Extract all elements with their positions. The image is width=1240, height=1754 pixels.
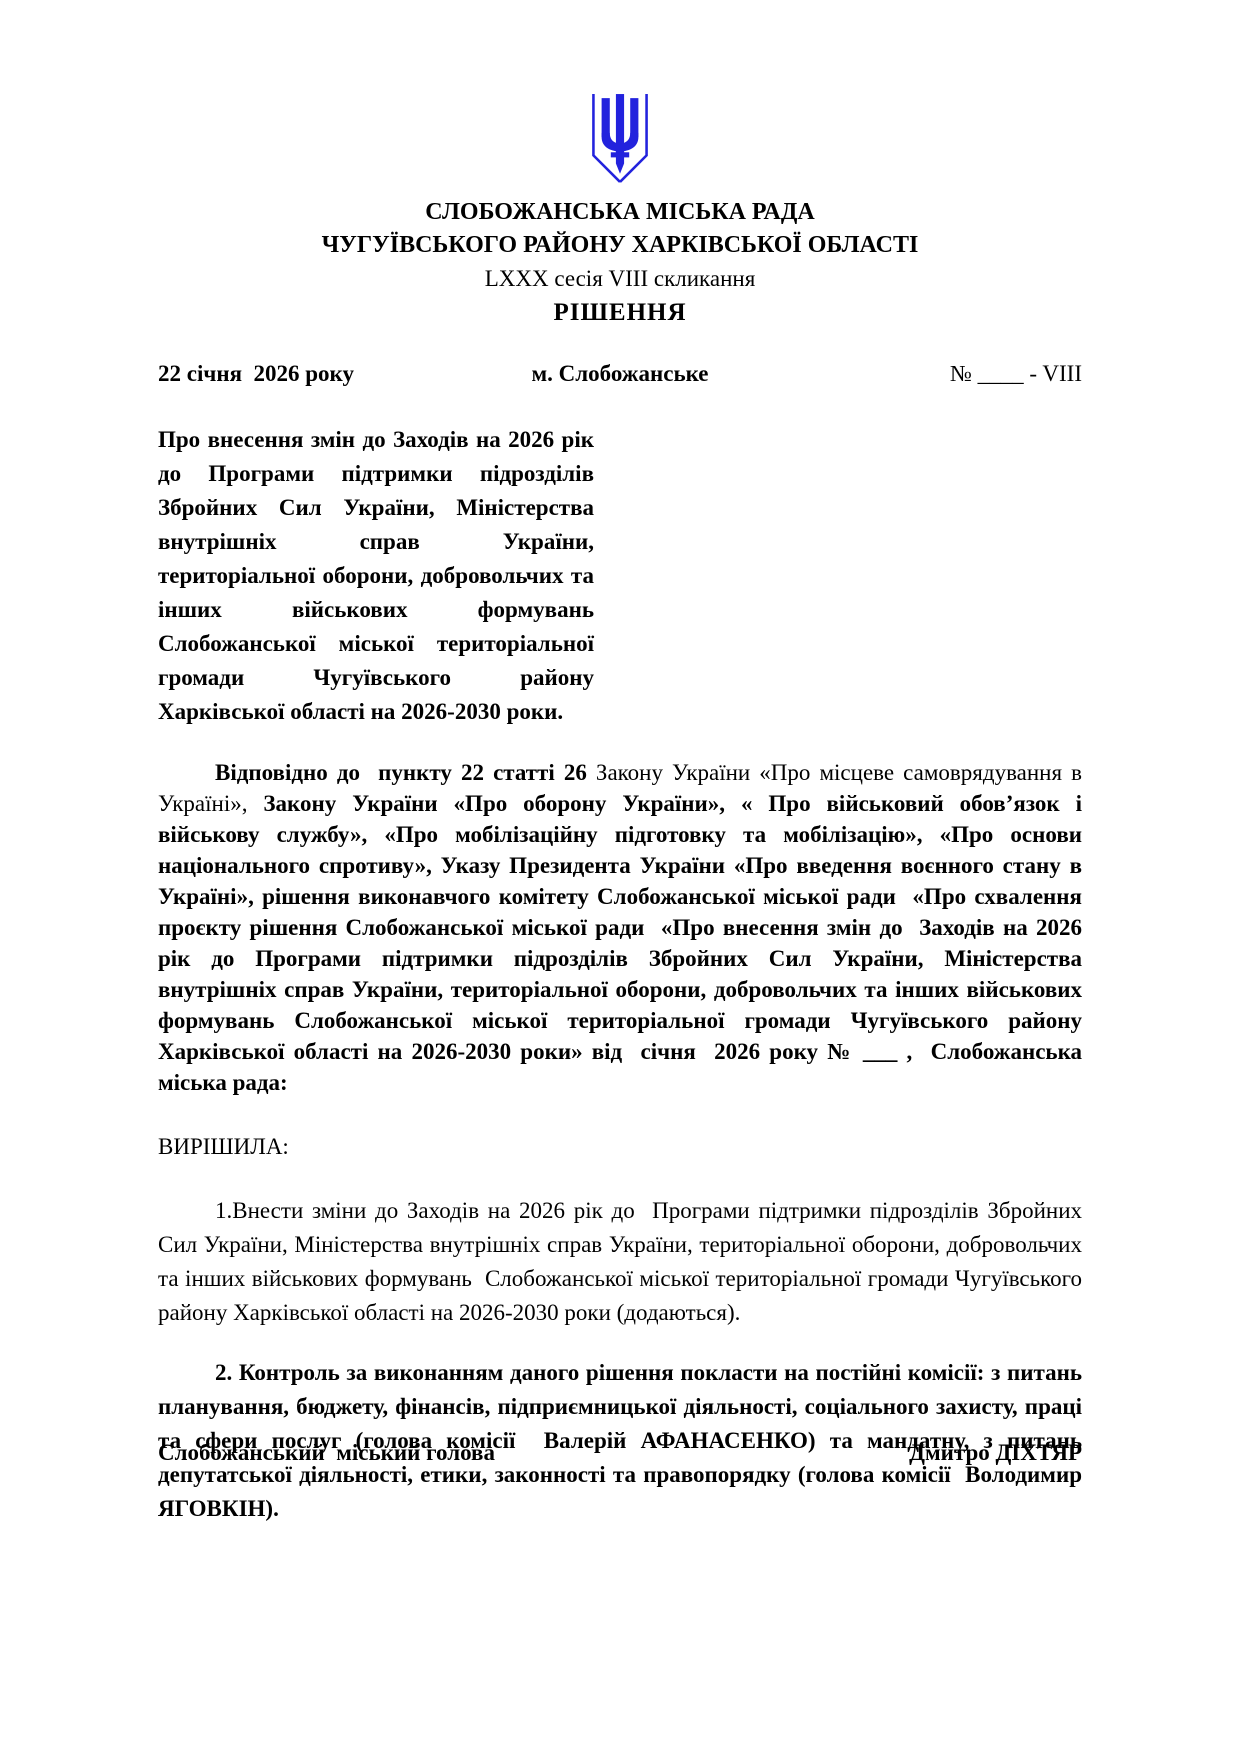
session-line: LXXX сесія VIII скликання bbox=[158, 266, 1082, 292]
subject-paragraph: Про внесення змін до Заходів на 2026 рік… bbox=[158, 423, 594, 729]
document-number-blank: № ____ - VIII bbox=[709, 361, 1083, 387]
preamble-segment-laws-and-decision: Закону України «Про оборону України», « … bbox=[158, 791, 1088, 1095]
ukraine-trident-emblem bbox=[587, 92, 653, 191]
signatory-title: Слобожанський міський голова bbox=[158, 1440, 495, 1466]
document-date: 22 січня 2026 року bbox=[158, 361, 532, 387]
council-region: ЧУГУЇВСЬКОГО РАЙОНУ ХАРКІВСЬКОЇ ОБЛАСТІ bbox=[158, 232, 1082, 259]
document-place: м. Слобожанське bbox=[532, 361, 709, 387]
resolved-heading: ВИРІШИЛА: bbox=[158, 1134, 1082, 1160]
preamble-segment-legal-basis: Відповідно до пункту 22 статті 26 bbox=[215, 760, 596, 785]
signature-row: Слобожанський міський голова Дмитро ДІХТ… bbox=[158, 1440, 1082, 1466]
document-type-heading: РІШЕННЯ bbox=[158, 299, 1082, 327]
meta-row: 22 січня 2026 року м. Слобожанське № ___… bbox=[158, 361, 1082, 387]
document-page: СЛОБОЖАНСЬКА МІСЬКА РАДА ЧУГУЇВСЬКОГО РА… bbox=[0, 0, 1240, 1754]
preamble-paragraph: Відповідно до пункту 22 статті 26 Закону… bbox=[158, 757, 1082, 1098]
resolution-item-1: 1.Внести зміни до Заходів на 2026 рік до… bbox=[158, 1194, 1082, 1330]
council-name: СЛОБОЖАНСЬКА МІСЬКА РАДА bbox=[158, 199, 1082, 226]
trident-glyph bbox=[602, 94, 639, 174]
signatory-name: Дмитро ДІХТЯР bbox=[909, 1440, 1082, 1466]
trident-icon bbox=[587, 92, 653, 186]
